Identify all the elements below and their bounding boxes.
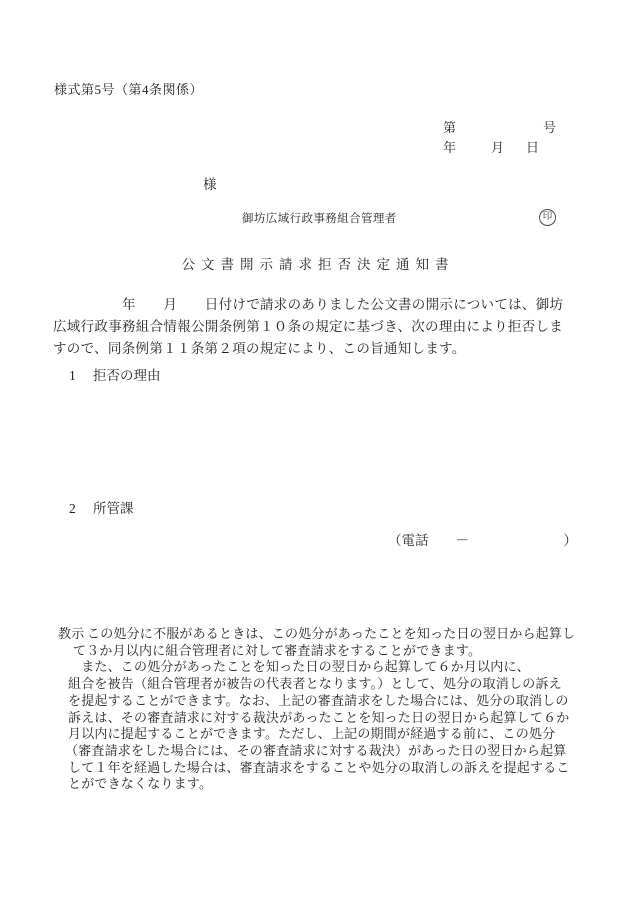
date-month-label: 月 <box>491 140 504 156</box>
body-line: 広域行政事務組合情報公開条例第１０条の規定に基づき、次の理由により拒否しま <box>53 316 578 338</box>
seal-character: 印 <box>543 213 553 223</box>
body-paragraph: 年 月 日付けで請求のありました公文書の開示については、御坊 広域行政事務組合情… <box>53 294 578 360</box>
section-number: 2 <box>69 501 93 518</box>
doc-number-line: 第 号 <box>443 120 573 136</box>
appeal-instruction-line: 訴えは、その審査請求に対する裁決があったことを知った日の翌日から起算して６か <box>68 710 603 727</box>
body-line: すので、同条例第１１条第２項の規定により、この旨通知します。 <box>53 338 578 360</box>
appeal-instruction-line: （審査請求をした場合には、その審査請求に対する裁決）があった日の翌日から起算 <box>65 743 603 760</box>
appeal-instruction-line: この処分に不服があるときは、この処分があったことを知った日の翌日から起算し <box>87 626 603 643</box>
body-line: 年 月 日付けで請求のありました公文書の開示については、御坊 <box>53 294 578 316</box>
appeal-instruction-line: して１年を経過した場合は、審査請求をすることや処分の取消しの訴えを提起するこ <box>68 760 603 777</box>
seal-mark-icon: 印 <box>539 209 556 226</box>
appeal-instruction-line: とができなくなります。 <box>68 776 603 793</box>
appeal-instruction-line: て３か月以内に組合管理者に対して審査請求をすることができます。 <box>73 643 603 660</box>
appeal-instruction-line: を提起することができます。なお、上記の審査請求をした場合には、処分の取消しの <box>68 693 603 710</box>
section-refusal-reason-heading: 1拒否の理由 <box>69 368 161 385</box>
appeal-instruction-label: 教示 <box>58 626 84 643</box>
section-label: 拒否の理由 <box>93 368 161 383</box>
document-title: 公文書開示請求拒否決定通知書 <box>3 257 630 274</box>
document-page: 様式第5号（第4条関係） 第 号 年 月 日 様 御坊広域行政事務組合管理者 印… <box>0 0 630 915</box>
addressee-honorific: 様 <box>203 177 217 194</box>
appeal-instruction-line: 組合を被告（組合管理者が被告の代表者となります。）として、処分の取消しの訴え <box>68 676 603 693</box>
form-style-label: 様式第5号（第4条関係） <box>54 82 203 98</box>
doc-number-suffix: 号 <box>543 120 556 136</box>
date-line: 年 月 日 <box>443 140 573 156</box>
section-number: 1 <box>69 368 93 385</box>
section-responsible-division-heading: 2所管課 <box>69 501 134 518</box>
date-day-label: 日 <box>526 140 539 156</box>
phone-fill-in-line: （電話 － ） <box>388 533 577 550</box>
date-year-label: 年 <box>443 140 456 156</box>
section-label: 所管課 <box>93 501 134 516</box>
doc-number-prefix: 第 <box>443 120 456 136</box>
issuer-name: 御坊広域行政事務組合管理者 <box>242 212 397 226</box>
appeal-instruction-line: また、この処分があったことを知った日の翌日から起算して６か月以内に、 <box>68 659 603 676</box>
appeal-instruction-line: 月以内に提起することができます。ただし、上記の期間が経過する前に、この処分 <box>68 726 603 743</box>
appeal-instruction-note: 教示 この処分に不服があるときは、この処分があったことを知った日の翌日から起算し… <box>58 626 603 793</box>
